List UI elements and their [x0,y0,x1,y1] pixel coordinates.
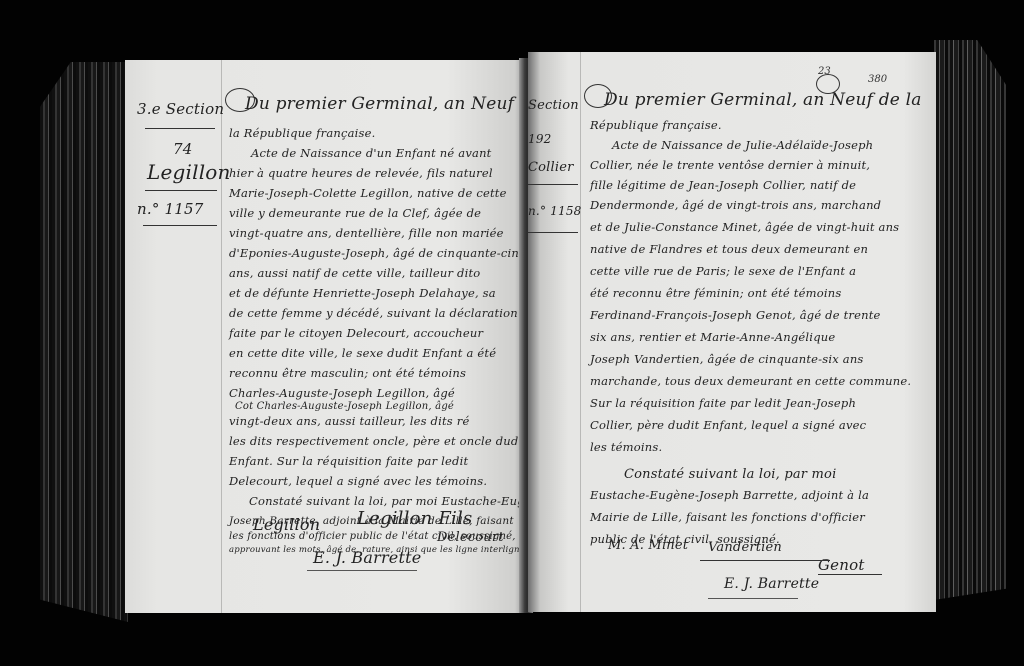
margin-record-number: n.° 1157 [137,200,203,218]
margin-surname: Legillon [147,160,231,184]
entry-line: ville y demeurante rue de la Clef, âgée … [229,208,481,220]
entry-line: d'Eponies-Auguste-Joseph, âgé de cinquan… [229,248,527,260]
signature: E. J. Barrette [313,548,421,567]
entry-line: Constaté suivant la loi, par moi [624,468,836,481]
entry-line: et de défunte Henriette-Joseph Delahaye,… [229,288,496,300]
entry-line: et de Julie-Constance Minet, âgée de vin… [590,222,899,234]
signature: Delecourt [437,530,504,545]
margin-number-short: 74 [173,140,193,158]
book-page-edges-left [40,62,128,622]
margin-record-number: n.° 1158 [528,204,582,218]
left-page: 3.e Section 74 Legillon n.° 1157 Du prem… [125,60,527,613]
right-page: 23 380 Section 192 Collier n.° 1158 Du p… [528,52,936,612]
margin-underline [528,232,578,233]
entry-line: vingt-quatre ans, dentellière, fille non… [229,228,504,240]
entry-line: Sur la réquisition faite par ledit Jean-… [590,398,856,410]
signature-underline [818,574,882,575]
margin-number-short: 192 [528,132,552,146]
entry-line: Mairie de Lille, faisant les fonctions d… [590,512,865,524]
entry-line: Acte de Naissance de Julie-Adélaïde-Jose… [612,140,873,152]
margin-underline [145,128,215,129]
margin-underline [143,225,217,226]
entry-line: Constaté suivant la loi, par moi Eustach… [249,496,527,508]
signature: E. J. Barrette [724,576,819,592]
margin-rule [221,60,222,613]
entry-line: Dendermonde, âgé de vingt-trois ans, mar… [590,200,881,212]
entry-line: de cette femme y décédé, suivant la décl… [229,308,518,320]
folio-number: 380 [868,74,887,85]
entry-line: Ferdinand-François-Joseph Genot, âgé de … [590,310,881,322]
entry-line: été reconnu être féminin; ont été témoin… [590,288,841,300]
entry-line: native de Flandres et tous deux demeuran… [590,244,868,256]
entry-heading: Du premier Germinal, an Neuf de [245,94,527,114]
entry-line: six ans, rentier et Marie-Anne-Angélique [590,332,835,344]
entry-heading: Du premier Germinal, an Neuf de la [604,90,922,110]
entry-line: vingt-deux ans, aussi tailleur, les dits… [229,416,469,428]
entry-line: ans, aussi natif de cette ville, tailleu… [229,268,480,280]
signature-flourish [708,598,798,599]
margin-surname: Collier [528,160,574,175]
entry-line: Collier, née le trente ventôse dernier à… [590,160,870,172]
signature-flourish [307,570,417,571]
entry-line: Delecourt, lequel a signé avec les témoi… [229,476,487,488]
entry-line: reconnu être masculin; ont été témoins [229,368,466,380]
entry-line: en cette dite ville, le sexe dudit Enfan… [229,348,496,360]
signature: Genot [818,556,865,574]
entry-line: Collier, père dudit Enfant, lequel a sig… [590,420,866,432]
margin-section: Section [528,98,579,113]
entry-line: fille légitime de Jean-Joseph Collier, n… [590,180,856,192]
entry-line: hier à quatre heures de relevée, fils na… [229,168,493,180]
margin-underline [528,184,578,185]
entry-line: Charles-Auguste-Joseph Legillon, âgé [229,388,455,400]
entry-line: République française. [590,120,722,132]
entry-line: Enfant. Sur la réquisition faite par led… [229,456,468,468]
entry-line: Marie-Joseph-Colette Legillon, native de… [229,188,507,200]
book-page-edges-right [934,40,1006,600]
entry-line: les dits respectivement oncle, père et o… [229,436,527,448]
entry-line: Joseph Vandertien, âgée de cinquante-six… [590,354,864,366]
entry-line: cette ville rue de Paris; le sexe de l'E… [590,266,856,278]
entry-line: marchande, tous deux demeurant en cette … [590,376,911,388]
entry-line: faite par le citoyen Delecourt, accouche… [229,328,483,340]
entry-line: Eustache-Eugène-Joseph Barrette, adjoint… [590,490,869,502]
signature: Legillon [253,515,320,534]
margin-underline [145,190,217,191]
signature: M. A. Minet [608,538,688,553]
entry-line: Acte de Naissance d'un Enfant né avant [251,148,492,160]
signature: Legillon Fils [357,508,472,529]
signature: Vandertien [708,540,782,555]
entry-line: les témoins. [590,442,662,454]
signature-underline [700,560,830,561]
margin-section: 3.e Section [137,100,224,118]
margin-rule [580,52,581,612]
entry-line-interlinear: Cot Charles-Auguste-Joseph Legillon, âgé [235,402,454,412]
entry-line: la République française. [229,128,376,140]
